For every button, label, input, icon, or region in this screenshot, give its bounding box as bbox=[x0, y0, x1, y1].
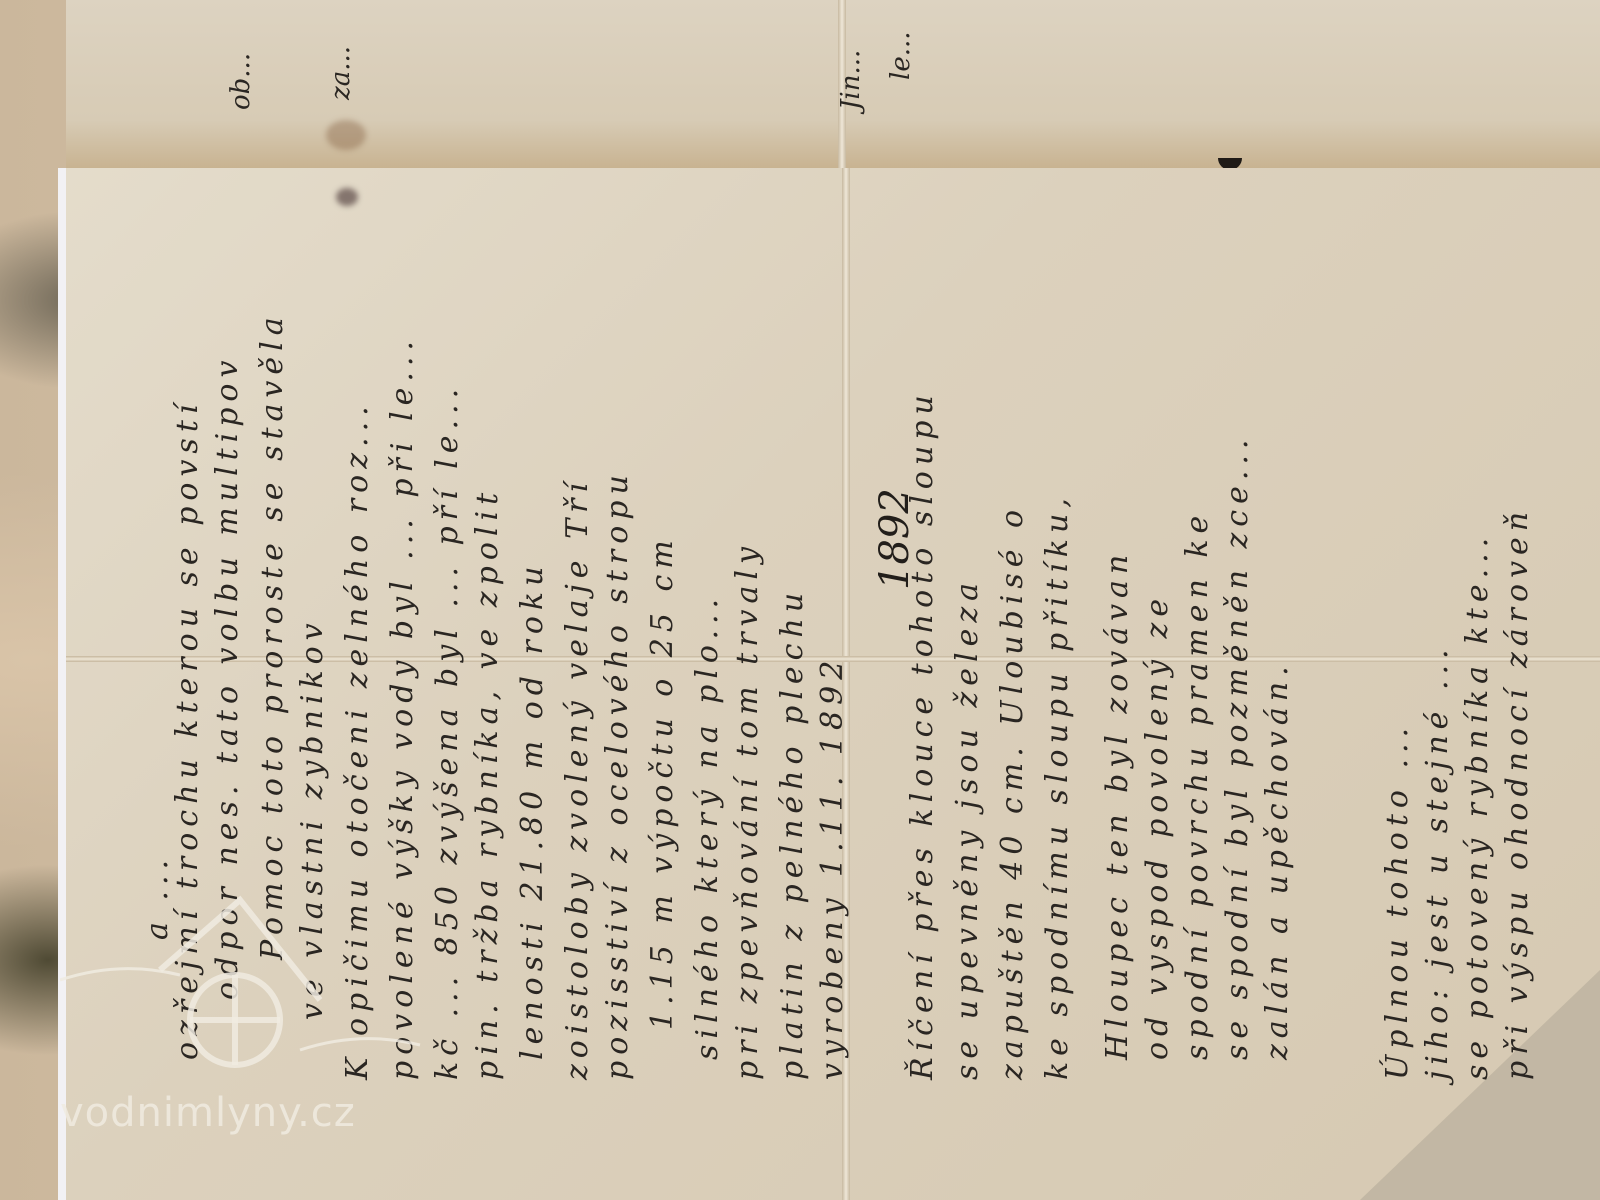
handwriting-line: se spodní byl pozměněn zce... bbox=[1220, 434, 1255, 1060]
handwriting-line: kč ... 850 zvýšena byl ... pří le... bbox=[430, 383, 465, 1080]
handwriting-line: pozisstiví z ocelového stropu bbox=[600, 469, 635, 1080]
handwriting-line: Pomoc toto proroste se stavěla bbox=[255, 311, 290, 960]
handwriting-line: 1.15 m výpočtu o 25 cm bbox=[645, 534, 680, 1030]
handwriting-line: pri zpevňování tom trvaly bbox=[730, 541, 765, 1080]
handwriting-line: lenosti 21.80 m od roku bbox=[515, 561, 550, 1060]
handwriting-line: spodní povrchu pramen ke bbox=[1180, 510, 1215, 1060]
watermark-text: vodnimlyny.cz bbox=[60, 1090, 356, 1136]
handwriting-line: Hloupec ten byl zovávan bbox=[1100, 549, 1135, 1060]
handwriting-line: se upevněny jsou železa bbox=[950, 577, 985, 1080]
handwriting-line: Jin... bbox=[836, 50, 866, 110]
handwriting-line: zoistoloby zvolený velaje Tří bbox=[560, 477, 595, 1080]
handwriting-line: jiho: jest u stejné ... bbox=[1420, 643, 1455, 1080]
handwriting-line: silného který na plo... bbox=[690, 593, 725, 1060]
handwriting-line: platin z pelného plechu bbox=[775, 587, 810, 1080]
handwriting-line: za... bbox=[326, 46, 356, 100]
handwriting-line: ke spodnímu sloupu přitíku, bbox=[1040, 492, 1075, 1080]
handwriting-line: zapuštěn 40 cm. Uloubisé o bbox=[995, 504, 1030, 1080]
handwriting-line: zalán a upěchován. bbox=[1260, 660, 1295, 1060]
handwriting-line: pin. tržba rybníka, ve zpolit bbox=[470, 487, 505, 1080]
ink-stain bbox=[326, 120, 366, 150]
handwriting-line: Úplnou tohoto ... bbox=[1380, 722, 1415, 1080]
handwriting-line: ob... bbox=[226, 53, 256, 110]
handwriting-line: le... bbox=[886, 32, 916, 81]
ink-stain bbox=[336, 188, 358, 206]
document-date: 1892 bbox=[872, 488, 918, 590]
handwriting-line: od vyspod povolený ze bbox=[1140, 593, 1175, 1060]
watermill-logo-icon bbox=[60, 880, 430, 1080]
letter-top-sheet: ob... za... Jin... le... bbox=[66, 0, 1600, 174]
handwriting-line: se potovený rybníka kte... bbox=[1460, 532, 1495, 1080]
handwriting-line: při výspu ohodnocí zároveň bbox=[1500, 506, 1535, 1080]
handwriting-line: vyrobeny 1.11. 1892 bbox=[815, 655, 850, 1080]
